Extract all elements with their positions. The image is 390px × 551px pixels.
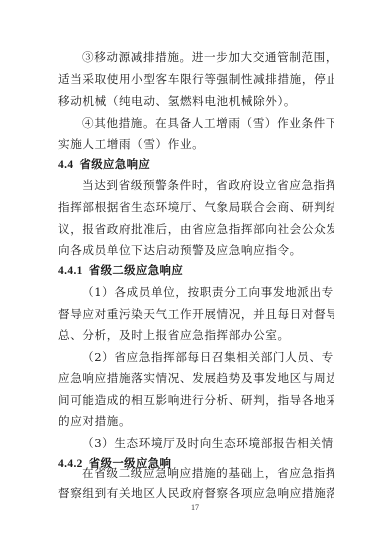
paragraph-line: 向各成员单位下达启动预警及应急响应指令。 (58, 243, 334, 257)
heading-number: 4.4.1 (58, 265, 83, 277)
document-page: ③移动源减排措施。进一步加大交通管制范围，结合实际， 适当采取使用小型客车限行等… (0, 0, 390, 551)
paragraph-line: （3）生态环境厅及时向生态环境部报告相关情况。 (82, 436, 334, 450)
paragraph-line: ③移动源减排措施。进一步加大交通管制范围，结合实际， (82, 50, 334, 64)
paragraph-line: 督察组到有关地区人民政府督察各项应急响应措施落实情况和 (58, 486, 334, 500)
paragraph-line: 督导应对重污染天气工作开展情况，并且每日对督导情况进行汇 (58, 307, 334, 321)
paragraph-line: 当达到省级预警条件时，省政府设立省应急指挥部，省应急 (82, 178, 334, 192)
section-heading-4-4: 4.4省级应急响应 (58, 157, 334, 172)
paragraph-line: 适当采取使用小型客车限行等强制性减排措施，停止使用非道路 (58, 72, 334, 86)
paragraph-line: 移动机械（纯电动、氢燃料电池机械除外）。 (58, 94, 334, 108)
paragraph-line: 的应对措施。 (58, 414, 334, 428)
paragraph-line: 在省级二级应急响应措施的基础上，省应急指挥部派出综合 (82, 466, 334, 480)
paragraph-line: ④其他措施。在具备人工增雨（雪）作业条件下，及时组织 (82, 116, 334, 130)
paragraph-line: 间可能造成的相互影响进行分析、研判，指导各地采取更加有利 (58, 393, 334, 407)
paragraph-line: （1）各成员单位，按职责分工向事发地派出专项工作组， (82, 285, 334, 299)
paragraph-line: 实施人工增雨（雪）作业。 (58, 137, 334, 151)
paragraph-line: 应急响应措施落实情况、发展趋势及事发地区与周边相邻区域之 (58, 371, 334, 385)
paragraph-line: 指挥部根据省生态环境厅、气象局联合会商、研判结果及预警建 (58, 200, 334, 214)
page-number: 17 (0, 503, 390, 512)
heading-title: 省级应急响应 (79, 157, 150, 171)
paragraph-line: 总、分析，及时上报省应急指挥部办公室。 (58, 328, 334, 342)
heading-title: 省级二级应急响应 (89, 263, 183, 277)
heading-number: 4.4 (58, 159, 73, 171)
section-heading-4-4-1: 4.4.1省级二级应急响应 (58, 263, 334, 278)
heading-number: 4.4.2 (58, 458, 83, 470)
paragraph-line: 议，报省政府批准后，由省应急指挥部向社会公众发布预警信息， (58, 222, 334, 236)
paragraph-line: （2）省应急指挥部每日召集相关部门人员、专家，对各地 (82, 350, 334, 364)
